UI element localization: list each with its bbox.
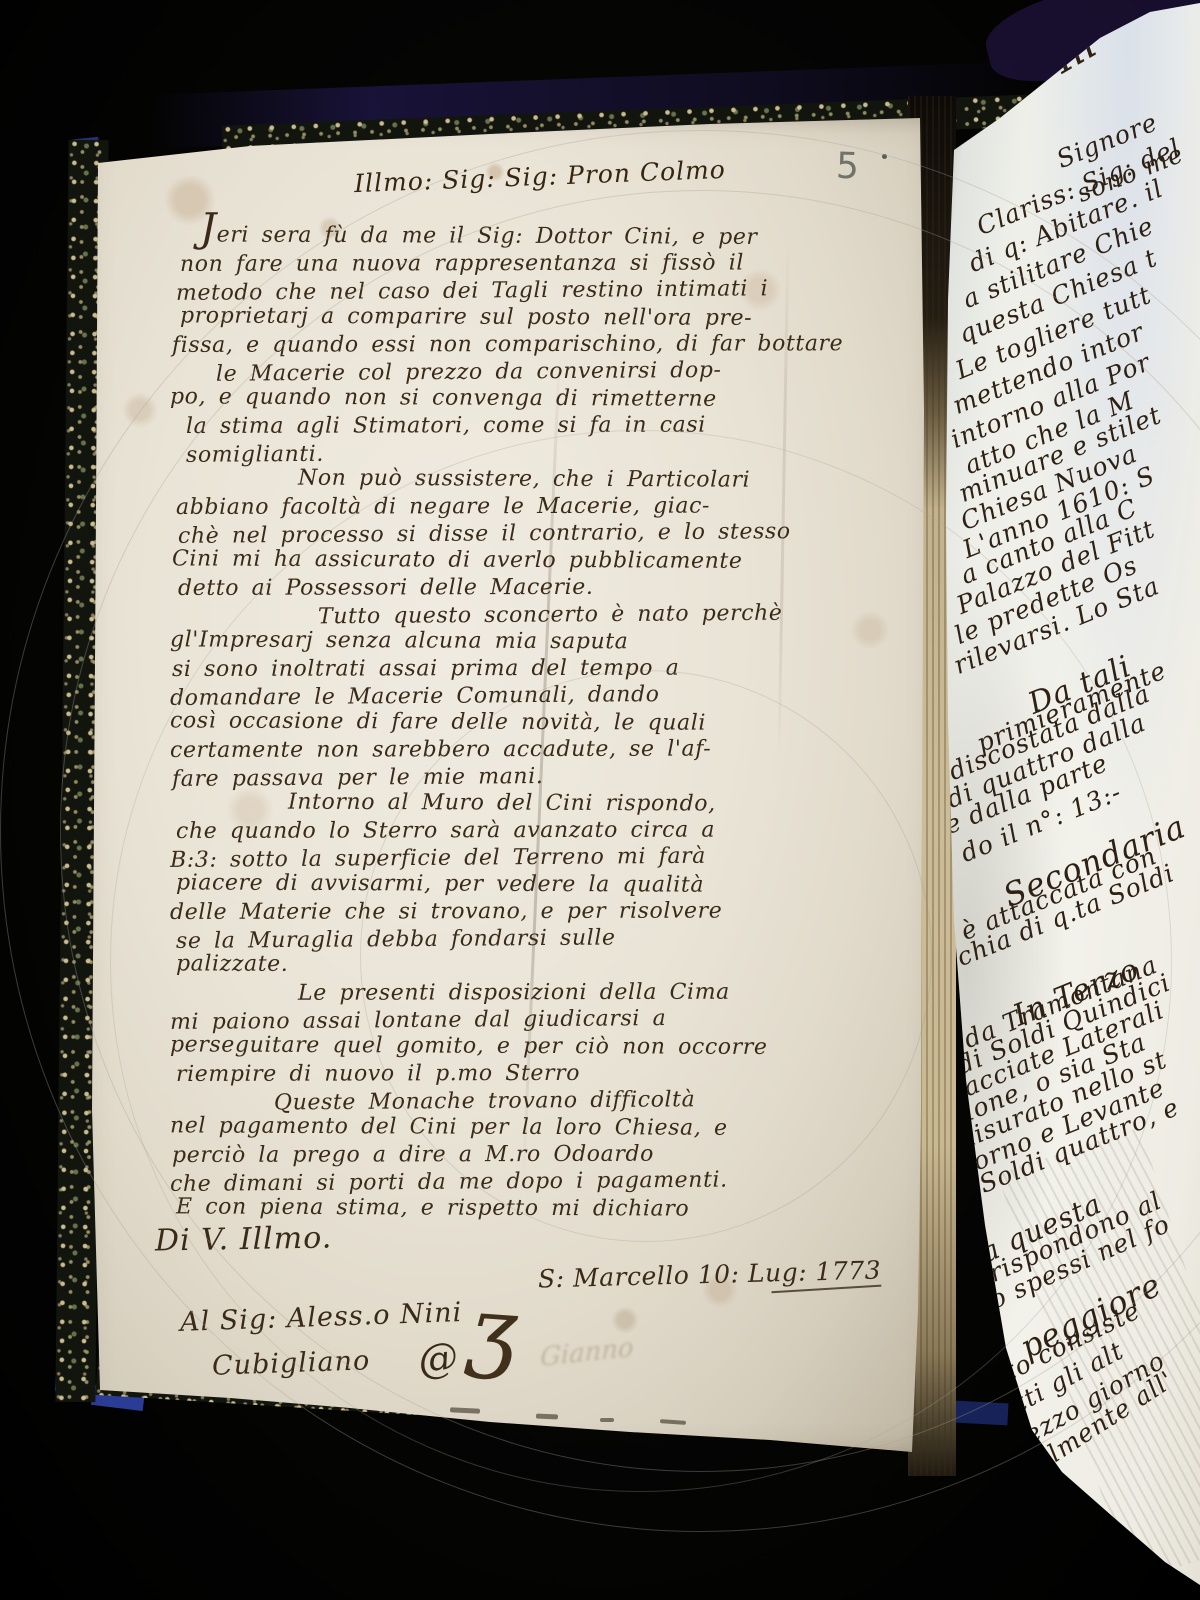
right-page: Ill x Signore sono me Clariss: Sig: del … [940, 0, 1200, 1600]
letter-line: la stima agli Stimatori, come si fa in c… [186, 411, 918, 440]
pencil-dot [882, 154, 887, 159]
letter-line: palizzate. [176, 950, 918, 980]
letter-line: Tutto questo sconcerto è nato perchè [318, 599, 918, 631]
letter-line: Queste Monache trovano difficoltà [274, 1084, 918, 1116]
letter-line: non fare una nuova rappresentanza si fis… [180, 249, 918, 278]
address-paraph-mark: @ [415, 1333, 461, 1384]
address-line-2: Cubigliano [212, 1345, 371, 1382]
letter-line: abbiano facoltà di negare le Macerie, gi… [176, 492, 918, 521]
letter-line: Cini mi ha assicurato di averlo pubblica… [172, 545, 918, 575]
letter-line: piacere di avvisarmi, per vedere la qual… [176, 869, 918, 899]
manuscript-photo: 5 Illmo: Sig: Sig: Pron Colmo Jeri sera … [0, 0, 1200, 1600]
letter-line: certamente non sarebbero accadute, se l'… [170, 735, 918, 764]
letter-line: gl'Impresarj senza alcuna mia saputa [170, 626, 918, 656]
letter-line: perseguitare quel gomito, e per ciò non … [170, 1031, 918, 1061]
letter-line: si sono inoltrati assai prima del tempo … [172, 654, 918, 683]
letter-line: nel pagamento del Cini per la loro Chies… [170, 1112, 918, 1142]
letter-line: fissa, e quando essi non comparischino, … [172, 330, 918, 359]
letter-line: riempire di nuovo il p.mo Sterro [176, 1059, 918, 1088]
page-number-pencil: 5 [835, 146, 859, 188]
address-line-1: Al Sig: Aless.o Nini [180, 1297, 463, 1338]
letter-line: perciò la prego a dire a M.ro Odoardo [172, 1140, 918, 1169]
letter-line: così occasione di fare delle novità, le … [170, 707, 918, 737]
letter-heading: Illmo: Sig: Sig: Pron Colmo [300, 153, 781, 200]
letter-line: po, e quando non si convenga di rimetter… [170, 383, 918, 413]
edge-marks [450, 1402, 710, 1424]
letter-line: le Macerie col prezzo da convenirsi dop- [216, 355, 918, 388]
letter-dateline: S: Marcello 10: Lug: 1773 [538, 1256, 882, 1294]
left-page: 5 Illmo: Sig: Sig: Pron Colmo Jeri sera … [70, 110, 960, 1470]
letter-line: E con piena stima, e rispetto mi dichiar… [176, 1193, 918, 1223]
letter-line: Non può sussistere, che i Particolari [298, 465, 918, 495]
letter-line: Jeri sera fù da me il Sig: Dottor Cini, … [200, 218, 918, 251]
letter-line: che quando lo Sterro sarà avanzato circa… [176, 816, 918, 845]
letter-line: fare passava per le mie mani. [172, 760, 918, 793]
letter-line: delle Materie che si trovano, e per riso… [170, 897, 918, 926]
letter-line: Intorno al Muro del Cini rispondo, [288, 789, 918, 819]
letter-line: detto ai Possessori delle Macerie. [178, 573, 918, 602]
ink-showthrough: Gianno [540, 1333, 634, 1373]
letter-line: Le presenti disposizioni della Cima [298, 978, 918, 1007]
letter-body: Jeri sera fù da me il Sig: Dottor Cini, … [170, 220, 918, 1222]
letter-line: proprietarj a comparire sul posto nell'o… [180, 302, 918, 332]
letter-closing: Di V. Illmo. [155, 1220, 333, 1258]
pen-flourish: ʒ [464, 1276, 521, 1382]
letter-line: somiglianti. [186, 436, 918, 469]
